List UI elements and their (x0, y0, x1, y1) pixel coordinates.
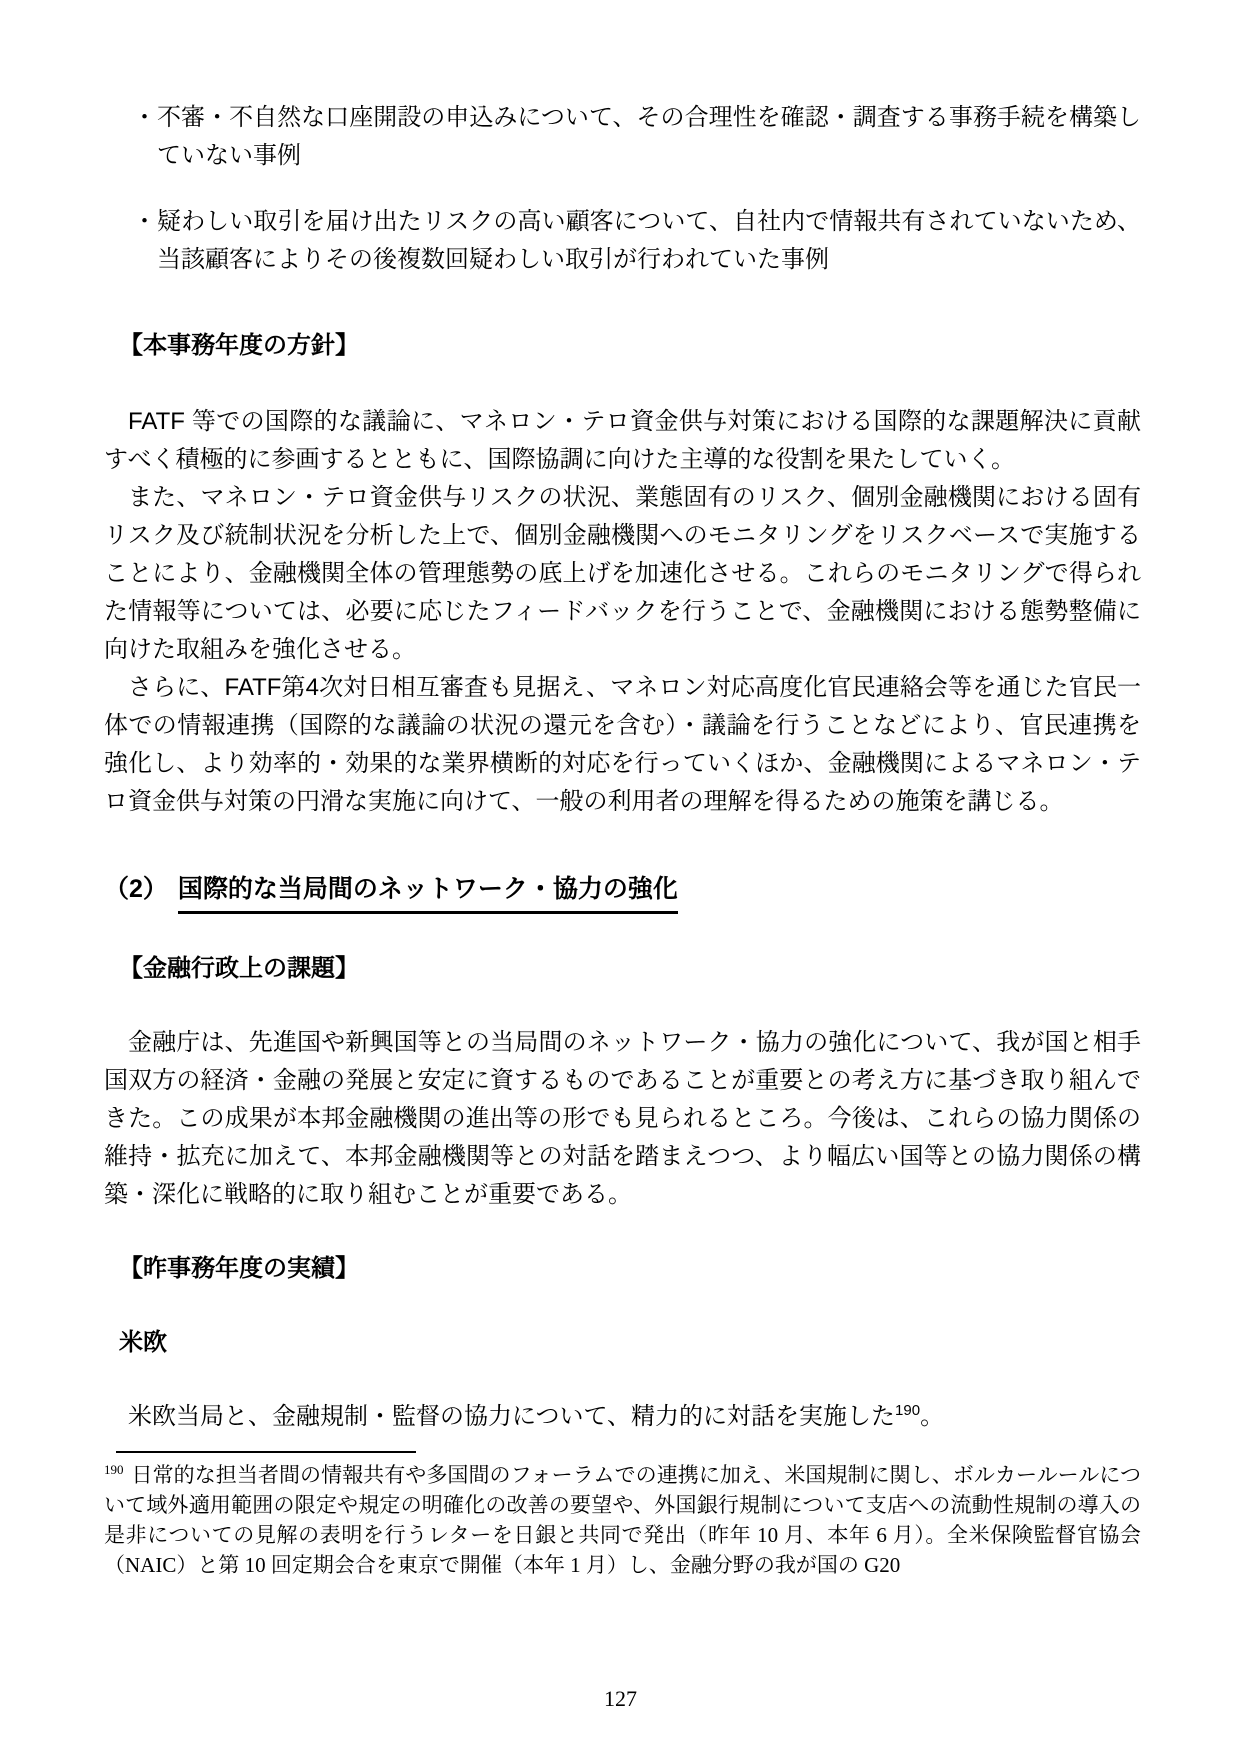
bullet-icon: ・ (132, 99, 157, 137)
issues-heading: 【金融行政上の課題】 (119, 950, 1141, 988)
results-heading: 【昨事務年度の実績】 (119, 1250, 1141, 1288)
list-item: ・疑わしい取引を届け出たリスクの高い顧客について、自社内で情報共有されていないた… (132, 203, 1141, 279)
footnote-separator (116, 1451, 416, 1453)
page-number: 127 (0, 1686, 1241, 1712)
list-item-text: 疑わしい取引を届け出たリスクの高い顧客について、自社内で情報共有されていないため… (157, 208, 1141, 273)
document-page: ・不審・不自然な口座開設の申込みについて、その合理性を確認・調査する事務手続を構… (0, 0, 1241, 1754)
list-item: ・不審・不自然な口座開設の申込みについて、その合理性を確認・調査する事務手続を構… (132, 99, 1141, 175)
paragraph: 米欧当局と、金融規制・監督の協力について、精力的に対話を実施した190。 (104, 1398, 1141, 1436)
policy-paragraphs: FATF 等での国際的な議論に、マネロン・テロ資金供与対策における国際的な課題解… (104, 403, 1141, 821)
case-example-list: ・不審・不自然な口座開設の申込みについて、その合理性を確認・調査する事務手続を構… (104, 99, 1141, 279)
list-item-text: 不審・不自然な口座開設の申込みについて、その合理性を確認・調査する事務手続を構築… (157, 104, 1141, 169)
paragraph: FATF 等での国際的な議論に、マネロン・テロ資金供与対策における国際的な課題解… (104, 403, 1141, 479)
section-heading: （2）国際的な当局間のネットワーク・協力の強化 (104, 869, 1141, 914)
footnote: 190日常的な担当者間の情報共有や多国間のフォーラムでの連携に加え、米国規制に関… (104, 1460, 1141, 1580)
paragraph: 金融庁は、先進国や新興国等との当局間のネットワーク・協力の強化について、我が国と… (104, 1024, 1141, 1214)
footnote-text: 日常的な担当者間の情報共有や多国間のフォーラムでの連携に加え、米国規制に関し、ボ… (104, 1463, 1141, 1577)
section-number: （2） (104, 875, 168, 903)
policy-heading: 【本事務年度の方針】 (119, 327, 1141, 365)
region-subheading: 米欧 (119, 1324, 1141, 1362)
footnote-number: 190 (104, 1462, 124, 1477)
sentence-text: 。 (920, 1403, 944, 1430)
section-title: 国際的な当局間のネットワーク・協力の強化 (178, 869, 678, 914)
paragraph: さらに、FATF第4次対日相互審査も見据え、マネロン対応高度化官民連絡会等を通じ… (104, 669, 1141, 821)
sentence-text: 米欧当局と、金融規制・監督の協力について、精力的に対話を実施した (128, 1403, 895, 1430)
footnote-reference: 190 (895, 1402, 920, 1419)
bullet-icon: ・ (132, 203, 157, 241)
paragraph: また、マネロン・テロ資金供与リスクの状況、業態固有のリスク、個別金融機関における… (104, 479, 1141, 669)
